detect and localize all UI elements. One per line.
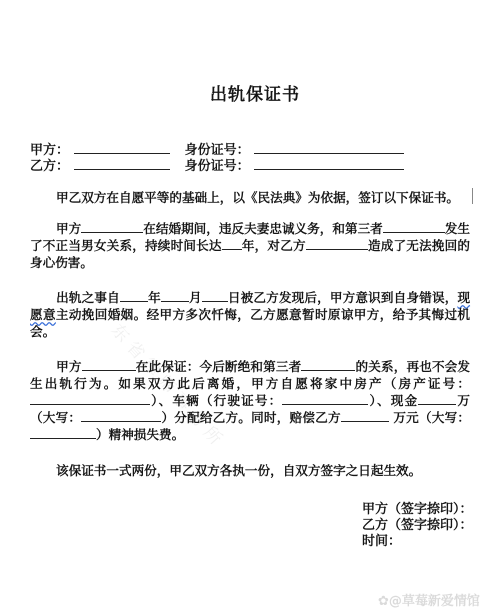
guarantee-text-b: 在此保证：今后断绝和第三者 [136, 359, 302, 374]
party-b-name-blank[interactable] [74, 157, 170, 170]
affair-party-b-blank[interactable] [306, 237, 368, 250]
affair-text-b: 在结婚期间，违反夫妻忠诚义务，和第三者 [143, 221, 383, 236]
party-a-row: 甲方： 身份证号： [30, 141, 404, 157]
discovery-month-blank[interactable] [161, 289, 189, 302]
discovery-text-a: 出轨之事自 [56, 290, 120, 305]
signature-time[interactable]: 时间： [362, 534, 401, 550]
vehicle-cert-blank[interactable] [282, 392, 368, 405]
guarantee-party-a-blank[interactable] [82, 358, 136, 371]
paragraph-basis: 甲乙双方在自愿平等的基础上，以《民法典》为依据，签订以下保证书。 [30, 189, 470, 206]
guarantee-text-i: ）精神损失费。 [96, 427, 184, 442]
basis-text: 甲乙双方在自愿平等的基础上，以《民法典》为依据，签订以下保证书。 [56, 190, 459, 205]
compensation-amount-blank[interactable] [341, 409, 389, 422]
discovery-day-blank[interactable] [202, 289, 228, 302]
affair-third-party-blank[interactable] [383, 220, 445, 233]
party-a-id-label: 身份证号： [185, 143, 250, 158]
corner-watermark: ✿@草莓新爱情馆 [378, 590, 480, 609]
paragraph-guarantee: 甲方在此保证：今后断绝和第三者的关系，再也不会发生出轨行为。如果双方此后离婚，甲… [30, 358, 470, 443]
guarantee-text-e: ）、现金 [368, 393, 418, 408]
discovery-text-e: 主动挽回婚姻。经甲方多次忏悔，乙方愿意暂时原谅甲方，给予其悔过机会。 [30, 307, 470, 339]
discovery-text-d: 日被乙方发现后，甲方意识到自身错误， [228, 290, 458, 305]
discovery-text-c: 月 [189, 290, 202, 305]
cash-amount-blank[interactable] [418, 392, 456, 405]
text-cursor [472, 188, 473, 204]
validity-text: 该保证书一式两份，甲乙双方各执一份，自双方签字之日起生效。 [56, 463, 421, 478]
paragraph-affair: 甲方在结婚期间，违反夫妻忠诚义务，和第三者发生了不正当男女关系，持续时间长达年，… [30, 220, 470, 271]
paragraph-validity: 该保证书一式两份，甲乙双方各执一份，自双方签字之日起生效。 [30, 462, 470, 479]
party-a-label: 甲方： [30, 143, 69, 158]
party-a-name-blank[interactable] [74, 141, 170, 154]
cash-uppercase-blank[interactable] [81, 409, 161, 422]
party-b-label: 乙方： [30, 159, 69, 174]
party-b-id-blank[interactable] [254, 157, 404, 170]
affair-text-a: 甲方 [56, 221, 81, 236]
discovery-text-b: 年 [148, 290, 161, 305]
guarantee-text-a: 甲方 [56, 359, 82, 374]
signature-party-b[interactable]: 乙方（签字捺印）： [362, 518, 473, 534]
paragraph-discovery: 出轨之事自年月日被乙方发现后，甲方意识到自身错误，现愿意主动挽回婚姻。经甲方多次… [30, 289, 470, 340]
affair-party-a-blank[interactable] [81, 220, 143, 233]
signature-party-a[interactable]: 甲方（签字捺印）： [362, 502, 473, 518]
property-cert-blank[interactable] [30, 392, 150, 405]
guarantee-text-g: ）分配给乙方。同时，赔偿乙方 [161, 410, 341, 425]
discovery-year-blank[interactable] [120, 289, 148, 302]
document-page: 广东省律师事务所 出轨保证书 甲方： 身份证号： 乙方： 身份证号： 甲乙双方在… [0, 0, 500, 616]
compensation-uppercase-blank[interactable] [30, 426, 96, 439]
party-b-row: 乙方： 身份证号： [30, 157, 404, 173]
guarantee-text-h: 万元（大写： [389, 410, 470, 425]
party-a-id-blank[interactable] [254, 141, 404, 154]
party-b-id-label: 身份证号： [185, 159, 250, 174]
affair-years-blank[interactable] [222, 237, 242, 250]
document-title: 出轨保证书 [0, 80, 500, 105]
guarantee-text-d: ）、车辆（行驶证号： [150, 393, 282, 408]
affair-text-d: 年，对乙方 [242, 238, 306, 253]
guarantee-third-party-blank[interactable] [301, 358, 355, 371]
